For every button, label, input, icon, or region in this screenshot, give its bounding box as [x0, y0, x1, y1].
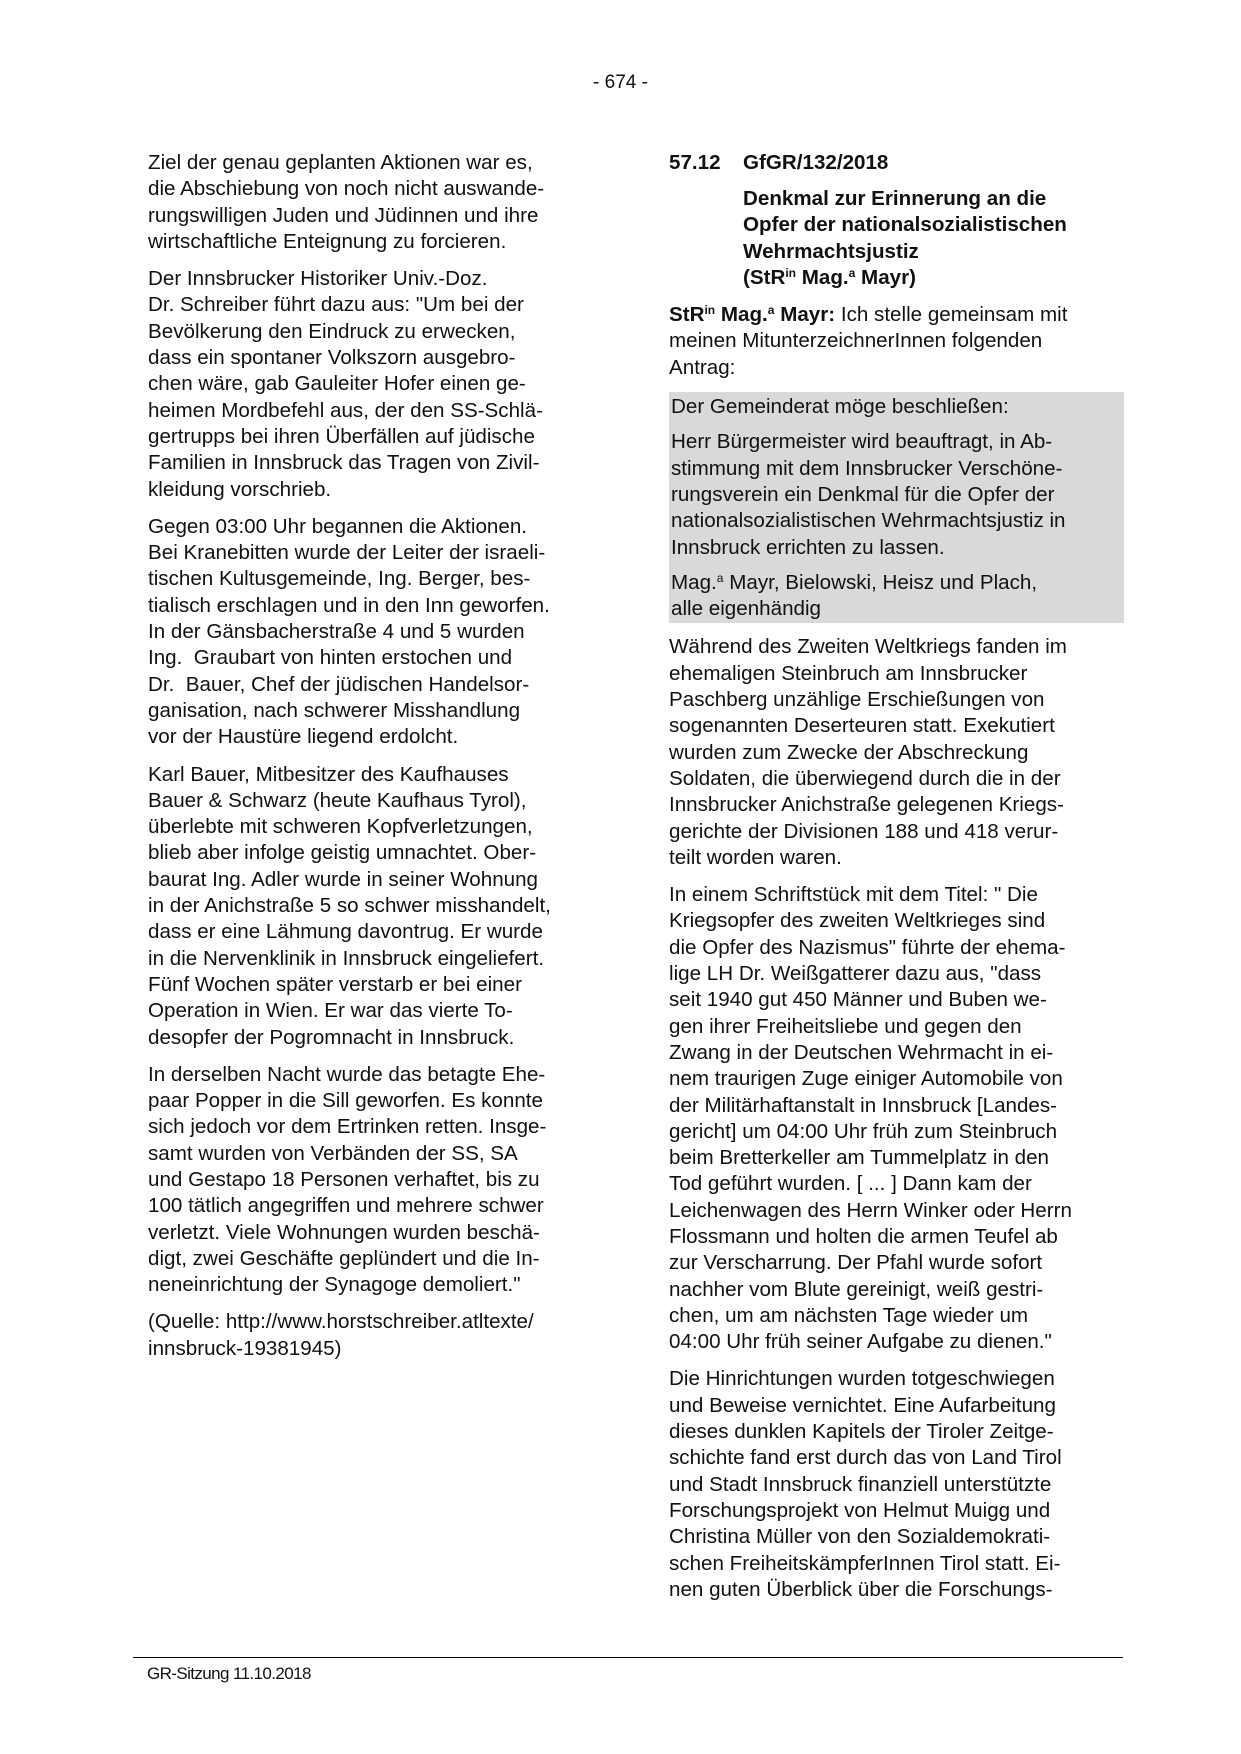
text-line: Fünf Wochen später verstarb er bei einer	[148, 972, 608, 998]
footer-divider	[133, 1657, 1123, 1658]
agenda-item-reference: GfGR/132/2018	[743, 150, 888, 176]
agenda-item-number: 57.12	[669, 150, 743, 176]
text-line: und Gestapo 18 Personen verhaftet, bis z…	[148, 1167, 608, 1193]
text-line: Forschungsprojekt von Helmut Muigg und	[669, 1498, 1124, 1524]
text-line: ganisation, nach schwerer Misshandlung	[148, 698, 608, 724]
text-line: tialisch erschlagen und in den Inn gewor…	[148, 593, 608, 619]
text-line: in der Anichstraße 5 so schwer misshande…	[148, 893, 608, 919]
text-line: digt, zwei Geschäfte geplündert und die …	[148, 1246, 608, 1272]
text-line: Flossmann und holten die armen Teufel ab	[669, 1224, 1124, 1250]
text-line: schichte fand erst durch das von Land Ti…	[669, 1445, 1124, 1471]
footer-session-date: GR-Sitzung 11.10.2018	[147, 1664, 311, 1684]
paragraph: Während des Zweiten Weltkriegs fanden im…	[669, 634, 1124, 871]
agenda-item-title: Denkmal zur Erinnerung an die Opfer der …	[743, 186, 1124, 291]
text-line: desopfer der Pogromnacht in Innsbruck.	[148, 1025, 608, 1051]
right-column: 57.12 GfGR/132/2018 Denkmal zur Erinneru…	[669, 150, 1124, 1614]
text-line: überlebte mit schweren Kopfverletzungen,	[148, 814, 608, 840]
text-line: Bevölkerung den Eindruck zu erwecken,	[148, 319, 608, 345]
text-line: der Militärhaftanstalt in Innsbruck [Lan…	[669, 1093, 1124, 1119]
motion-box: Der Gemeinderat möge beschließen: Herr B…	[669, 392, 1124, 623]
text-line: Soldaten, die überwiegend durch die in d…	[669, 766, 1124, 792]
text-line: nachher vom Blute gereinigt, weiß gestri…	[669, 1277, 1124, 1303]
paragraph: In einem Schriftstück mit dem Titel: " D…	[669, 882, 1124, 1355]
text-line: Bei Kranebitten wurde der Leiter der isr…	[148, 540, 608, 566]
text-line: sich jedoch vor dem Ertrinken retten. In…	[148, 1114, 608, 1140]
text-line: In derselben Nacht wurde das betagte Ehe…	[148, 1062, 608, 1088]
text-line: 100 tätlich angegriffen und mehrere schw…	[148, 1193, 608, 1219]
text-line: innsbruck-19381945)	[148, 1336, 608, 1362]
text-line: Bauer & Schwarz (heute Kaufhaus Tyrol),	[148, 788, 608, 814]
text-line: sogenannten Deserteuren statt. Exekutier…	[669, 713, 1124, 739]
text-line: zur Verscharrung. Der Pfahl wurde sofort	[669, 1250, 1124, 1276]
text-line: 04:00 Uhr früh seiner Aufgabe zu dienen.…	[669, 1329, 1124, 1355]
paragraph: Gegen 03:00 Uhr begannen die Aktionen.Be…	[148, 514, 608, 751]
agenda-item-heading: 57.12 GfGR/132/2018	[669, 150, 1124, 176]
text-line: Dr. Bauer, Chef der jüdischen Handelsor-	[148, 672, 608, 698]
text-line: Kriegsopfer des zweiten Weltkrieges sind	[669, 908, 1124, 934]
text-line: wirtschaftliche Enteignung zu forcieren.	[148, 229, 608, 255]
text-line: lige LH Dr. Weißgatterer dazu aus, "dass	[669, 961, 1124, 987]
page-number: - 674 -	[0, 72, 1241, 94]
text-line: und Beweise vernichtet. Eine Aufarbeitun…	[669, 1393, 1124, 1419]
text-line: chen, um am nächsten Tage wieder um	[669, 1303, 1124, 1329]
text-line: Christina Müller von den Sozialdemokrati…	[669, 1524, 1124, 1550]
paragraph: (Quelle: http://www.horstschreiber.atlte…	[148, 1309, 608, 1362]
title-author: (StRin Mag.a Mayr)	[743, 265, 1124, 291]
text-line: (Quelle: http://www.horstschreiber.atlte…	[148, 1309, 608, 1335]
speaker-name: StRin Mag.a Mayr:	[669, 303, 835, 326]
text-line: dass er eine Lähmung davontrug. Er wurde	[148, 919, 608, 945]
text-line: rungswilligen Juden und Jüdinnen und ihr…	[148, 203, 608, 229]
text-line: Karl Bauer, Mitbesitzer des Kaufhauses	[148, 762, 608, 788]
motion-intro: Der Gemeinderat möge beschließen:	[671, 394, 1124, 420]
title-line: Opfer der nationalsozialistischen	[743, 212, 1124, 238]
text-line: chen wäre, gab Gauleiter Hofer einen ge-	[148, 371, 608, 397]
text-line: und Stadt Innsbruck finanziell unterstüt…	[669, 1472, 1124, 1498]
text-line: beim Bretterkeller am Tummelplatz in den	[669, 1145, 1124, 1171]
text-line: gertrupps bei ihren Überfällen auf jüdis…	[148, 424, 608, 450]
text-line: Die Hinrichtungen wurden totgeschwiegen	[669, 1366, 1124, 1392]
text-line: paar Popper in die Sill geworfen. Es kon…	[148, 1088, 608, 1114]
text-line: nen guten Überblick über die Forschungs-	[669, 1577, 1124, 1603]
text-line: neneinrichtung der Synagoge demoliert."	[148, 1272, 608, 1298]
paragraph: Die Hinrichtungen wurden totgeschwiegenu…	[669, 1366, 1124, 1603]
paragraph: Karl Bauer, Mitbesitzer des KaufhausesBa…	[148, 762, 608, 1051]
text-line: Gegen 03:00 Uhr begannen die Aktionen.	[148, 514, 608, 540]
motion-body: Herr Bürgermeister wird beauftragt, in A…	[671, 429, 1124, 560]
text-line: dass ein spontaner Volkszorn ausgebro-	[148, 345, 608, 371]
text-line: Tod geführt wurden. [ ... ] Dann kam der	[669, 1171, 1124, 1197]
text-line: In der Gänsbacherstraße 4 und 5 wurden	[148, 619, 608, 645]
motion-signers: Mag.a Mayr, Bielowski, Heisz und Plach, …	[671, 570, 1124, 623]
text-line: blieb aber infolge geistig umnachtet. Ob…	[148, 840, 608, 866]
text-line: teilt worden waren.	[669, 845, 1124, 871]
text-line: die Opfer des Nazismus" führte der ehema…	[669, 935, 1124, 961]
paragraph: Der Innsbrucker Historiker Univ.-Doz.Dr.…	[148, 266, 608, 503]
title-line: Denkmal zur Erinnerung an die	[743, 186, 1124, 212]
text-line: gerichte der Divisionen 188 und 418 veru…	[669, 819, 1124, 845]
text-line: Dr. Schreiber führt dazu aus: "Um bei de…	[148, 292, 608, 318]
text-line: die Abschiebung von noch nicht auswande-	[148, 176, 608, 202]
text-line: samt wurden von Verbänden der SS, SA	[148, 1141, 608, 1167]
speaker-statement: StRin Mag.a Mayr: Ich stelle gemeinsam m…	[669, 302, 1124, 381]
text-line: gen ihrer Freiheitsliebe und gegen den	[669, 1014, 1124, 1040]
text-line: vor der Haustüre liegend erdolcht.	[148, 724, 608, 750]
text-line: Operation in Wien. Er war das vierte To-	[148, 998, 608, 1024]
left-column: Ziel der genau geplanten Aktionen war es…	[148, 150, 608, 1373]
text-line: Paschberg unzählige Erschießungen von	[669, 687, 1124, 713]
text-line: Ziel der genau geplanten Aktionen war es…	[148, 150, 608, 176]
text-line: Familien in Innsbruck das Tragen von Ziv…	[148, 450, 608, 476]
text-line: In einem Schriftstück mit dem Titel: " D…	[669, 882, 1124, 908]
title-line: Wehrmachtsjustiz	[743, 239, 1124, 265]
text-line: in die Nervenklinik in Innsbruck eingeli…	[148, 946, 608, 972]
text-line: seit 1940 gut 450 Männer und Buben we-	[669, 987, 1124, 1013]
text-line: Leichenwagen des Herrn Winker oder Herrn	[669, 1198, 1124, 1224]
text-line: dieses dunklen Kapitels der Tiroler Zeit…	[669, 1419, 1124, 1445]
text-line: schen FreiheitskämpferInnen Tirol statt.…	[669, 1551, 1124, 1577]
text-line: ehemaligen Steinbruch am Innsbrucker	[669, 661, 1124, 687]
text-line: wurden zum Zwecke der Abschreckung	[669, 740, 1124, 766]
paragraph: Ziel der genau geplanten Aktionen war es…	[148, 150, 608, 255]
text-line: heimen Mordbefehl aus, der den SS-Schlä-	[148, 398, 608, 424]
text-line: verletzt. Viele Wohnungen wurden beschä-	[148, 1220, 608, 1246]
text-line: Ing. Graubart von hinten erstochen und	[148, 645, 608, 671]
text-line: nem traurigen Zuge einiger Automobile vo…	[669, 1066, 1124, 1092]
text-line: Während des Zweiten Weltkriegs fanden im	[669, 634, 1124, 660]
paragraph: In derselben Nacht wurde das betagte Ehe…	[148, 1062, 608, 1299]
text-line: Zwang in der Deutschen Wehrmacht in ei-	[669, 1040, 1124, 1066]
text-line: baurat Ing. Adler wurde in seiner Wohnun…	[148, 867, 608, 893]
text-line: kleidung vorschrieb.	[148, 477, 608, 503]
text-line: Innsbrucker Anichstraße gelegenen Kriegs…	[669, 792, 1124, 818]
text-line: tischen Kultusgemeinde, Ing. Berger, bes…	[148, 566, 608, 592]
text-line: gericht] um 04:00 Uhr früh zum Steinbruc…	[669, 1119, 1124, 1145]
text-line: Der Innsbrucker Historiker Univ.-Doz.	[148, 266, 608, 292]
